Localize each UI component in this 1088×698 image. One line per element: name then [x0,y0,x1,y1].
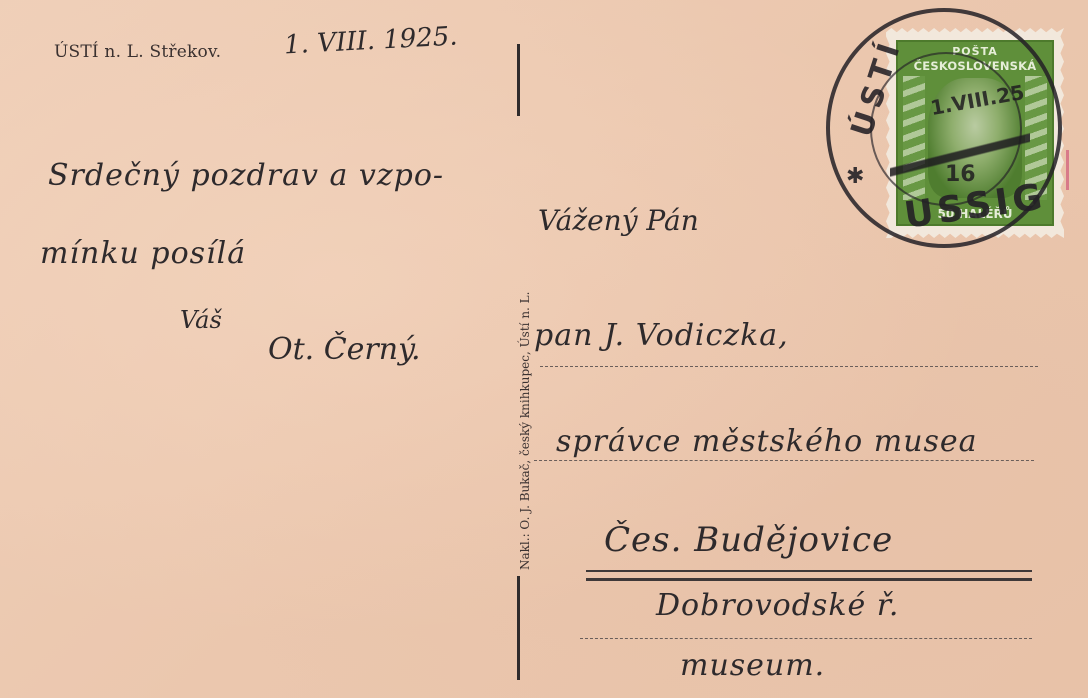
message-line-2: mínku posílá [40,236,246,271]
signature: Ot. Černý. [268,332,421,367]
postcard-back: ÚSTÍ n. L. Střekov. 1. VIII. 1925. Srdeč… [0,0,1088,698]
center-divider-top [517,44,520,116]
city-underline-thin [586,570,1032,572]
address-recipient: pan J. Vodiczka, [534,318,789,353]
postmark-hour: 16 [945,162,976,187]
address-salutation: Vážený Pán [538,204,699,237]
handwritten-date: 1. VIII. 1925. [283,21,458,60]
address-guide-line-1 [540,366,1038,367]
red-ink-mark [1066,150,1069,190]
address-title: správce městského musea [556,424,978,459]
address-guide-line-2 [534,460,1034,461]
message-line-3: Váš [180,306,222,334]
publisher-imprint: Nakl.: O. J. Bukač, český knihkupec, Úst… [518,130,532,570]
message-line-1: Srdečný pozdrav a vzpo- [48,158,444,193]
address-institution: museum. [680,648,825,683]
postmark-star-icon: ✱ [846,164,864,189]
printed-place-heading: ÚSTÍ n. L. Střekov. [54,42,221,62]
address-guide-line-3 [580,638,1032,639]
address-street: Dobrovodské ř. [656,588,899,623]
center-divider-bottom [517,576,520,680]
address-city: Čes. Budějovice [604,520,893,560]
city-underline-thick [586,578,1032,581]
